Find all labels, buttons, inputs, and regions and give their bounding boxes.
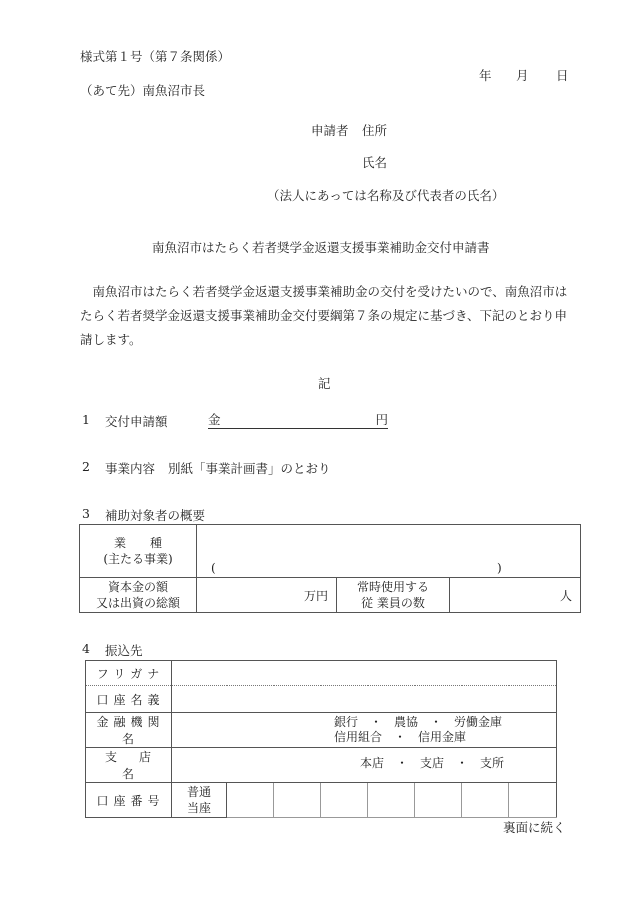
account-digit-2[interactable] bbox=[274, 783, 321, 818]
section1-label: 交付申請額 bbox=[105, 412, 168, 430]
capital-employees-row: 資本金の額 又は出資の総額 万円 常時使用する 従 業員の数 人 bbox=[80, 578, 581, 613]
account-digit-1[interactable] bbox=[227, 783, 274, 818]
industry-row: 業 種 (主たる事業) ( ) bbox=[80, 525, 581, 578]
account-type-ordinary: 普通 bbox=[172, 784, 226, 800]
account-digit-6[interactable] bbox=[462, 783, 509, 818]
bank-type-options: 銀行 ・ 農協 ・ 労働金庫 信用組合 ・ 信用金庫 bbox=[334, 715, 502, 745]
branch-input[interactable]: 本店 ・ 支店 ・ 支所 bbox=[172, 748, 557, 783]
date-month-label: 月 bbox=[516, 66, 529, 84]
document-title: 南魚沼市はたらく若者奨学金返還支援事業補助金交付申請書 bbox=[152, 238, 490, 256]
furigana-row: フリガナ bbox=[86, 661, 557, 686]
bank-type-options-line2: 信用組合 ・ 信用金庫 bbox=[334, 730, 502, 745]
account-digit-3[interactable] bbox=[321, 783, 368, 818]
employees-label-cell: 常時使用する 従 業員の数 bbox=[337, 578, 450, 613]
section3-label: 補助対象者の概要 bbox=[105, 506, 205, 524]
employees-label: 常時使用する bbox=[337, 579, 449, 595]
body-paragraph: 南魚沼市はたらく若者奨学金返還支援事業補助金の交付を受けたいので、南魚沼市はたら… bbox=[80, 280, 570, 352]
capital-unit: 万円 bbox=[304, 589, 328, 603]
section2-number: 2 bbox=[82, 459, 90, 474]
industry-sublabel: (主たる事業) bbox=[80, 551, 196, 567]
bank-row: 金融機関名 銀行 ・ 農協 ・ 労働金庫 信用組合 ・ 信用金庫 bbox=[86, 713, 557, 748]
continued-note: 裏面に続く bbox=[503, 818, 566, 836]
branch-row: 支 店 名 本店 ・ 支店 ・ 支所 bbox=[86, 748, 557, 783]
amount-field[interactable]: 金 円 bbox=[208, 410, 388, 429]
account-number-label: 口座番号 bbox=[86, 783, 172, 818]
furigana-input[interactable] bbox=[172, 661, 557, 686]
section3-number: 3 bbox=[82, 506, 90, 521]
addressee: （あて先）南魚沼市長 bbox=[80, 81, 205, 99]
account-name-label: 口座名義 bbox=[86, 686, 172, 713]
date-year-label: 年 bbox=[479, 66, 492, 84]
amount-prefix: 金 bbox=[208, 410, 221, 428]
industry-label: 業 種 bbox=[80, 535, 196, 551]
account-digit-7[interactable] bbox=[509, 783, 557, 818]
name-label: 氏名 bbox=[362, 153, 387, 171]
employees-input-cell[interactable]: 人 bbox=[450, 578, 581, 613]
account-type-cell[interactable]: 普通 当座 bbox=[172, 783, 227, 818]
section2-label: 事業内容 bbox=[105, 459, 155, 477]
capital-label: 資本金の額 bbox=[80, 579, 196, 595]
branch-type-options: 本店 ・ 支店 ・ 支所 bbox=[360, 754, 504, 771]
industry-paren-close: ) bbox=[497, 561, 502, 575]
ki-marker: 記 bbox=[318, 374, 331, 392]
capital-input-cell[interactable]: 万円 bbox=[197, 578, 337, 613]
applicant-label: 申請者 bbox=[311, 121, 349, 139]
corporate-note: （法人にあっては名称及び代表者の氏名） bbox=[267, 186, 504, 204]
industry-label-cell: 業 種 (主たる事業) bbox=[80, 525, 197, 578]
form-number: 様式第１号（第７条関係） bbox=[80, 47, 230, 65]
account-digit-4[interactable] bbox=[368, 783, 415, 818]
recipient-overview-table: 業 種 (主たる事業) ( ) 資本金の額 又は出資の総額 万円 常時使用する … bbox=[79, 524, 581, 613]
account-type-current: 当座 bbox=[172, 800, 226, 816]
account-name-row: 口座名義 bbox=[86, 686, 557, 713]
employees-unit: 人 bbox=[560, 589, 572, 603]
section1-number: 1 bbox=[82, 412, 90, 427]
bank-label: 金融機関名 bbox=[86, 713, 172, 748]
bank-input[interactable]: 銀行 ・ 農協 ・ 労働金庫 信用組合 ・ 信用金庫 bbox=[172, 713, 557, 748]
address-label: 住所 bbox=[362, 121, 387, 139]
industry-input-cell[interactable]: ( ) bbox=[197, 525, 581, 578]
bank-transfer-table: フリガナ 口座名義 金融機関名 銀行 ・ 農協 ・ 労働金庫 信用組合 ・ 信用… bbox=[85, 660, 557, 818]
date-day-label: 日 bbox=[556, 66, 569, 84]
capital-sublabel: 又は出資の総額 bbox=[80, 595, 196, 611]
amount-suffix: 円 bbox=[375, 410, 388, 428]
furigana-label: フリガナ bbox=[86, 661, 172, 686]
capital-label-cell: 資本金の額 又は出資の総額 bbox=[80, 578, 197, 613]
bank-type-options-line1: 銀行 ・ 農協 ・ 労働金庫 bbox=[334, 715, 502, 730]
section2-value: 別紙「事業計画書」のとおり bbox=[168, 459, 331, 477]
account-digit-5[interactable] bbox=[415, 783, 462, 818]
account-name-input[interactable] bbox=[172, 686, 557, 713]
employees-sublabel: 従 業員の数 bbox=[337, 595, 449, 611]
section4-label: 振込先 bbox=[105, 641, 143, 659]
section4-number: 4 bbox=[82, 641, 90, 656]
industry-paren-open: ( bbox=[211, 561, 216, 575]
account-number-row: 口座番号 普通 当座 bbox=[86, 783, 557, 818]
branch-label: 支 店 名 bbox=[86, 748, 172, 783]
